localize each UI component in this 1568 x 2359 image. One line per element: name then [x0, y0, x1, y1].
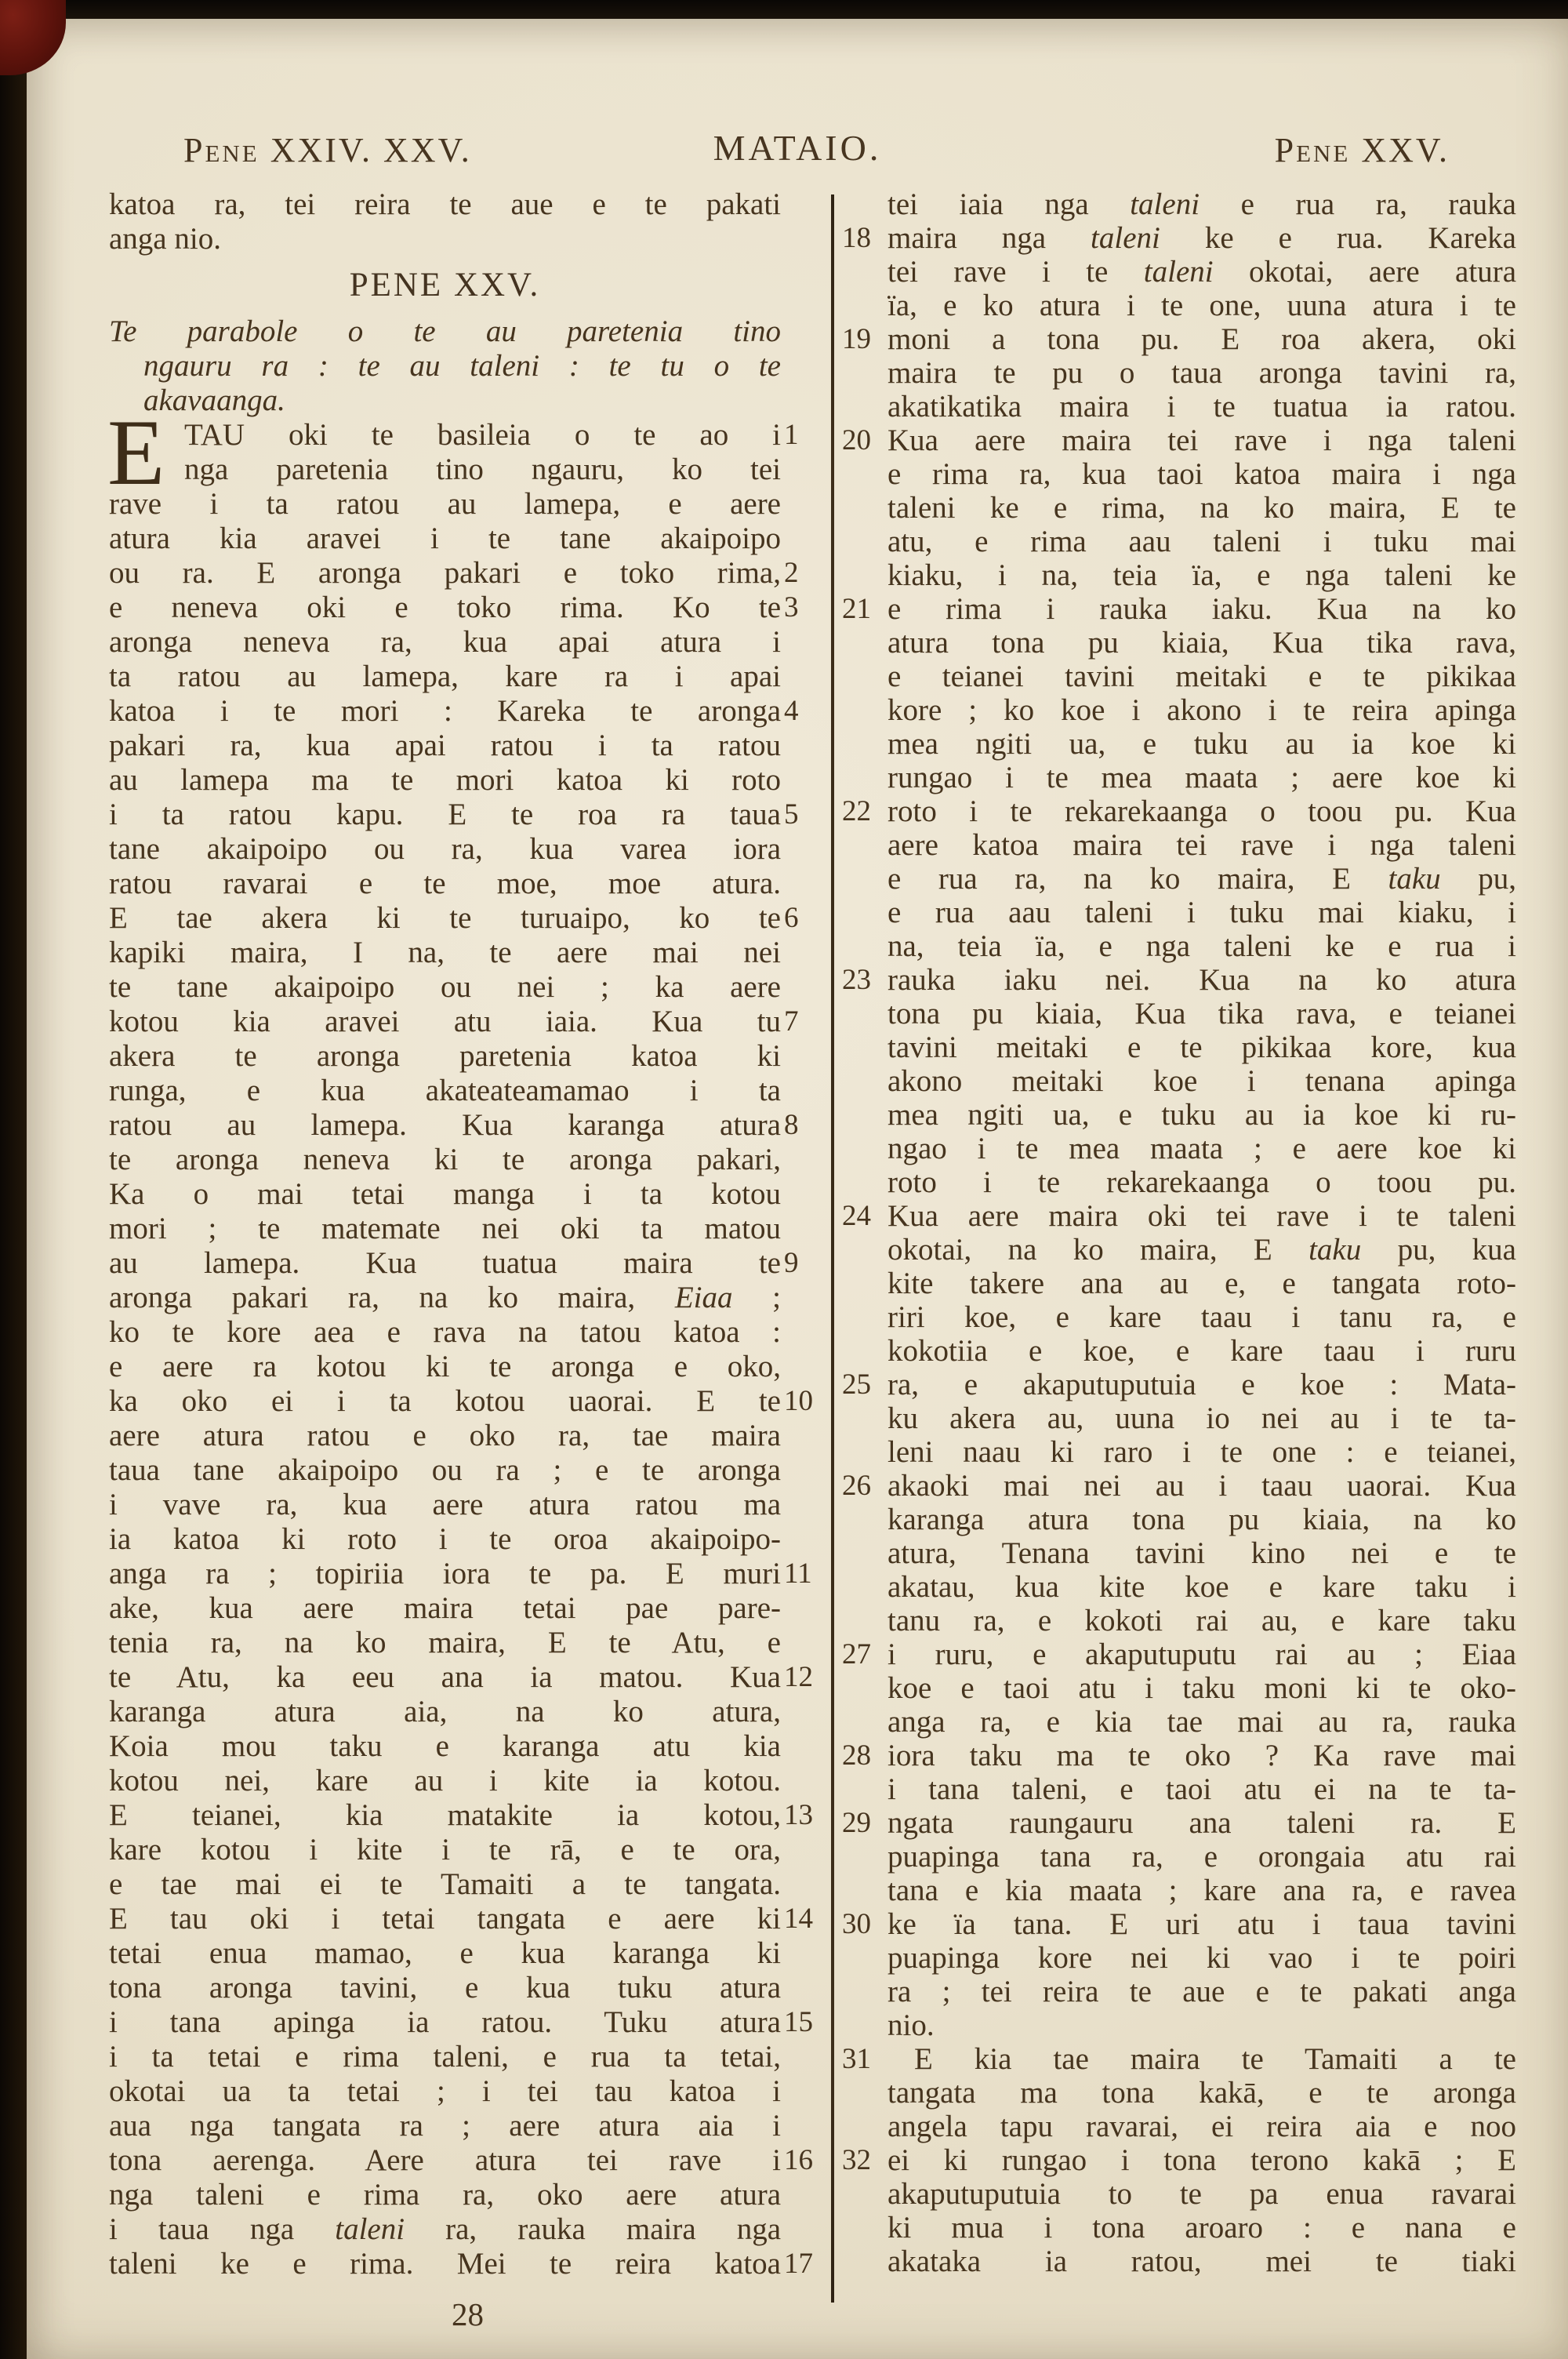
text-line: akaoki mai nei au i taau uaorai. Kua26 — [842, 1469, 1516, 1503]
scanned-book-page-photo: { "header": { "left": "Pene XXIV. XXV.",… — [0, 0, 1568, 2359]
text-line: ei ki rungao i tona terono kakā ; E32 — [842, 2143, 1516, 2177]
text-line: e rua ra, na ko maira, E taku pu, — [842, 862, 1516, 896]
text-line: TAU oki te basileia o te ao i1 — [109, 418, 826, 453]
text-line: puapinga tana ra, e orongaia atu rai — [842, 1840, 1516, 1874]
text-line: ta ratou au lamepa, kare ra i apai — [109, 660, 826, 694]
verse-number: 5 — [784, 798, 826, 832]
text-line: nga taleni e rima ra, oko aere atura — [109, 2178, 826, 2212]
text-line: tavini meitaki e te pikikaa kore, kua — [842, 1030, 1516, 1064]
verse-number: 29 — [842, 1806, 881, 1840]
text-line: e tae mai ei te Tamaiti a te tangata. — [109, 1867, 826, 1902]
text-line: e rima ra, kua taoi katoa maira i nga — [842, 457, 1516, 491]
verse-number: 11 — [784, 1557, 826, 1591]
text-line: ratou au lamepa. Kua karanga atura8 — [109, 1108, 826, 1143]
text-line: iora taku ma te oko ? Ka rave mai28 — [842, 1739, 1516, 1772]
running-header: Pene XXIV. XXV. MATAIO. Pene XXV. — [27, 130, 1568, 171]
text-line: i tana taleni, e taoi atu ei na te ta- — [842, 1772, 1516, 1806]
text-line: roto i te rekarekaanga o toou pu. Kua22 — [842, 794, 1516, 828]
text-line: rauka iaku nei. Kua na ko atura23 — [842, 963, 1516, 997]
text-line: akera te aronga paretenia katoa ki — [109, 1039, 826, 1074]
text-line: tona pu kiaia, Kua tika rava, e teianei — [842, 997, 1516, 1030]
text-line: mea ngiti ua, e tuku au ia koe ki ru- — [842, 1098, 1516, 1132]
verse-number: 6 — [784, 901, 826, 936]
verse-number: 4 — [784, 694, 826, 729]
text-line: karanga atura aia, na ko atura, — [109, 1695, 826, 1729]
text-line: atu, e rima aau taleni i tuku mai — [842, 525, 1516, 558]
text-line: aronga neneva ra, kua apai atura i — [109, 625, 826, 660]
text-line: tona aerenga. Aere atura tei rave i16 — [109, 2143, 826, 2178]
text-line: ake, kua aere maira tetai pae pare- — [109, 1591, 826, 1626]
right-column: tei iaia nga taleni e rua ra, raukamaira… — [842, 187, 1516, 2278]
text-line: taleni ke e rima. Mei te reira katoa17 — [109, 2247, 826, 2281]
text-line: pakari ra, kua apai ratou i ta ratou — [109, 729, 826, 763]
text-line: tangata ma tona kakā, e te aronga — [842, 2076, 1516, 2110]
text-line: kotou nei, kare au i kite ia kotou. — [109, 1764, 826, 1798]
text-line: e aere ra kotou ki te aronga e oko, — [109, 1350, 826, 1384]
text-line: ko te kore aea e rava na tatou katoa : — [109, 1315, 826, 1350]
text-line: okotai ua ta tetai ; i tei tau katoa i — [109, 2074, 826, 2109]
chapter-body: E TAU oki te basileia o te ao i1nga pare… — [109, 418, 826, 2281]
verse-number: 24 — [842, 1199, 881, 1233]
text-line: Ka o mai tetai manga i ta kotou — [109, 1177, 826, 1212]
text-line: mea ngiti ua, e tuku au ia koe ki — [842, 727, 1516, 761]
verse-number: 12 — [784, 1660, 826, 1695]
text-line: ra ; tei reira te aue e te pakati anga — [842, 1975, 1516, 2008]
text-line: maira te pu o taua aronga tavini ra, — [842, 356, 1516, 390]
text-line: te aronga neneva ki te aronga pakari, — [109, 1143, 826, 1177]
text-line: Kua aere maira oki tei rave i te taleni2… — [842, 1199, 1516, 1233]
text-line: i tana apinga ia ratou. Tuku atura15 — [109, 2005, 826, 2040]
text-line: ra, e akaputuputuia e koe : Mata-25 — [842, 1368, 1516, 1401]
text-line: akono meitaki koe i tenana apinga — [842, 1064, 1516, 1098]
column-divider-rule — [831, 194, 834, 2303]
text-line: tana e kia maata ; kare ana ra, e ravea — [842, 1874, 1516, 1907]
verse-number: 18 — [842, 221, 881, 255]
text-line: tei iaia nga taleni e rua ra, rauka — [842, 187, 1516, 221]
verse-number: 32 — [842, 2143, 881, 2177]
verse-number: 9 — [784, 1246, 826, 1281]
text-line: kiaku, i na, teia ïa, e nga taleni ke — [842, 558, 1516, 592]
text-line: roto i te rekarekaanga o toou pu. — [842, 1165, 1516, 1199]
text-line: ki mua i tona aroaro : e nana e — [842, 2211, 1516, 2245]
text-line: e rima i rauka iaku. Kua na ko21 — [842, 592, 1516, 626]
text-line: e teianei tavini meitaki e te pikikaa — [842, 660, 1516, 693]
verse-number: 13 — [784, 1798, 826, 1833]
paragraph-continuation: katoa ra, tei reira te aue e te pakatian… — [109, 187, 826, 256]
text-line: katoa i te mori : Kareka te aronga4 — [109, 694, 826, 729]
page-number: 28 — [109, 2295, 826, 2333]
text-line: akatau, kua kite koe e kare taku i — [842, 1570, 1516, 1604]
text-line: Te parabole o te au paretenia tino — [109, 314, 826, 349]
text-line: E tau oki i tetai tangata e aere ki14 — [109, 1902, 826, 1936]
text-line: kapiki maira, I na, te aere mai nei — [109, 936, 826, 970]
verse-number: 22 — [842, 794, 881, 828]
text-line: runga, e kua akateateamamao i ta — [109, 1074, 826, 1108]
verse-number: 2 — [784, 556, 826, 591]
text-line: i ruru, e akaputuputu rai au ; Eiaa27 — [842, 1637, 1516, 1671]
text-line: ïa, e ko atura i te one, uuna atura i te — [842, 289, 1516, 322]
text-line: E tae akera ki te turuaipo, ko te6 — [109, 901, 826, 936]
verse-number: 28 — [842, 1739, 881, 1772]
text-line: ku akera au, uuna io nei au i te ta- — [842, 1401, 1516, 1435]
text-line: kare kotou i kite i te rā, e te ora, — [109, 1833, 826, 1867]
verse-number: 20 — [842, 423, 881, 457]
text-line: taua tane akaipoipo ou ra ; e te aronga — [109, 1453, 826, 1488]
text-line: tenia ra, na ko maira, E te Atu, e — [109, 1626, 826, 1660]
text-line: rave i ta ratou au lamepa, e aere — [109, 487, 826, 522]
text-line: E kia tae maira te Tamaiti a te31 — [842, 2042, 1516, 2076]
text-line: e rua aau taleni i tuku mai kiaku, i — [842, 896, 1516, 929]
verse-number: 27 — [842, 1637, 881, 1671]
text-line: nga paretenia tino ngauru, ko tei — [109, 453, 826, 487]
text-line: aua nga tangata ra ; aere atura aia i — [109, 2109, 826, 2143]
text-line: kore ; ko koe i akono i te reira apinga — [842, 693, 1516, 727]
text-line: E teianei, kia matakite ia kotou,13 — [109, 1798, 826, 1833]
chapter-body: tei iaia nga taleni e rua ra, raukamaira… — [842, 187, 1516, 2278]
text-line: akavaanga. — [109, 383, 826, 418]
chapter-summary: Te parabole o te au paretenia tinongauru… — [109, 314, 826, 418]
verse-number: 30 — [842, 1907, 881, 1941]
text-line: anga ra, e kia tae mai au ra, rauka — [842, 1705, 1516, 1739]
text-line: tetai enua mamao, e kua karanga ki — [109, 1936, 826, 1971]
text-line: kokotiia e koe, e kare taau i ruru — [842, 1334, 1516, 1368]
text-line: atura, Tenana tavini kino nei e te — [842, 1536, 1516, 1570]
text-line: e neneva oki e toko rima. Ko te3 — [109, 591, 826, 625]
text-line: ia katoa ki roto i te oroa akaipoipo- — [109, 1522, 826, 1557]
text-line: taleni ke e rima, na ko maira, E te — [842, 491, 1516, 525]
verse-number: 15 — [784, 2005, 826, 2040]
text-line: katoa ra, tei reira te aue e te pakati — [109, 187, 826, 222]
text-line: karanga atura tona pu kiaia, na ko — [842, 1503, 1516, 1536]
text-line: Kua aere maira tei rave i nga taleni20 — [842, 423, 1516, 457]
verse-number: 17 — [784, 2247, 826, 2281]
text-line: kotou kia aravei atu iaia. Kua tu7 — [109, 1005, 826, 1039]
text-line: au lamepa ma te mori katoa ki roto — [109, 763, 826, 798]
verse-number: 31 — [842, 2042, 881, 2076]
text-line: leni naau ki raro i te one : e teianei, — [842, 1435, 1516, 1469]
text-line: i ta ratou kapu. E te roa ra taua5 — [109, 798, 826, 832]
text-line: akataka ia ratou, mei te tiaki — [842, 2245, 1516, 2278]
text-line: tei rave i te taleni okotai, aere atura — [842, 255, 1516, 289]
verse-number: 26 — [842, 1469, 881, 1503]
text-line: i taua nga taleni ra, rauka maira nga — [109, 2212, 826, 2247]
text-line: nio. — [842, 2008, 1516, 2042]
text-line: i vave ra, kua aere atura ratou ma — [109, 1488, 826, 1522]
text-line: atura kia aravei i te tane akaipoipo — [109, 522, 826, 556]
text-line: tane akaipoipo ou ra, kua varea iora — [109, 832, 826, 867]
book-page: Pene XXIV. XXV. MATAIO. Pene XXV. katoa … — [27, 19, 1568, 2359]
text-line: mori ; te matemate nei oki ta matou — [109, 1212, 826, 1246]
verse-number: 7 — [784, 1005, 826, 1039]
text-line: i ta tetai e rima taleni, e rua ta tetai… — [109, 2040, 826, 2074]
text-line: na, teia ïa, e nga taleni ke e rua i — [842, 929, 1516, 963]
text-line: Koia mou taku e karanga atu kia — [109, 1729, 826, 1764]
text-line: au lamepa. Kua tuatua maira te9 — [109, 1246, 826, 1281]
text-line: puapinga kore nei ki vao i te poiri — [842, 1941, 1516, 1975]
text-line: te tane akaipoipo ou nei ; ka aere — [109, 970, 826, 1005]
verse-number: 10 — [784, 1384, 826, 1419]
text-line: riri koe, e kare taau i tanu ra, e — [842, 1300, 1516, 1334]
text-line: rungao i te mea maata ; aere koe ki — [842, 761, 1516, 794]
verse-number: 8 — [784, 1108, 826, 1143]
text-line: kite takere ana au e, e tangata roto- — [842, 1267, 1516, 1300]
text-line: aronga pakari ra, na ko maira, Eiaa ; — [109, 1281, 826, 1315]
verse-number: 25 — [842, 1368, 881, 1401]
scan-edge-left — [0, 0, 27, 2359]
text-line: aere atura ratou e oko ra, tae maira — [109, 1419, 826, 1453]
text-line: ngao i te mea maata ; e aere koe ki — [842, 1132, 1516, 1165]
text-line: ou ra. E aronga pakari e toko rima,2 — [109, 556, 826, 591]
text-line: aere katoa maira tei rave i nga taleni — [842, 828, 1516, 862]
verse-number: 14 — [784, 1902, 826, 1936]
text-line: akatikatika maira i te tuatua ia ratou. — [842, 390, 1516, 423]
verse-number: 23 — [842, 963, 881, 997]
verse-number: 19 — [842, 322, 881, 356]
text-line: ke ïa tana. E uri atu i taua tavini30 — [842, 1907, 1516, 1941]
text-line: anga nio. — [109, 222, 826, 256]
text-line: ratou ravarai e te moe, moe atura. — [109, 867, 826, 901]
text-line: moni a tona pu. E roa akera, oki19 — [842, 322, 1516, 356]
left-column: katoa ra, tei reira te aue e te pakatian… — [109, 187, 826, 2281]
scan-edge-top — [0, 0, 1568, 19]
text-line: angela tapu ravarai, ei reira aia e noo — [842, 2110, 1516, 2143]
text-line: atura tona pu kiaia, Kua tika rava, — [842, 626, 1516, 660]
text-line: ngauru ra : te au taleni : te tu o te — [109, 349, 826, 383]
running-header-right: Pene XXV. — [1275, 130, 1450, 170]
text-line: ka oko ei i ta kotou uaorai. E te10 — [109, 1384, 826, 1419]
verse-number: 21 — [842, 592, 881, 626]
text-line: maira nga taleni ke e rua. Kareka18 — [842, 221, 1516, 255]
verse-number: 1 — [784, 418, 826, 453]
text-line: te Atu, ka eeu ana ia matou. Kua12 — [109, 1660, 826, 1695]
chapter-heading: PENE XXV. — [109, 256, 826, 314]
text-line: tona aronga tavini, e kua tuku atura — [109, 1971, 826, 2005]
verse-number: 3 — [784, 591, 826, 625]
text-line: okotai, na ko maira, E taku pu, kua — [842, 1233, 1516, 1267]
text-line: tanu ra, e kokoti rai au, e kare taku — [842, 1604, 1516, 1637]
text-line: koe e taoi atu i taku moni ki te oko- — [842, 1671, 1516, 1705]
verse-number: 16 — [784, 2143, 826, 2178]
text-line: ngata raungauru ana taleni ra. E29 — [842, 1806, 1516, 1840]
text-line: anga ra ; topiriia iora te pa. E muri11 — [109, 1557, 826, 1591]
text-line: akaputuputuia to te pa enua ravarai — [842, 2177, 1516, 2211]
